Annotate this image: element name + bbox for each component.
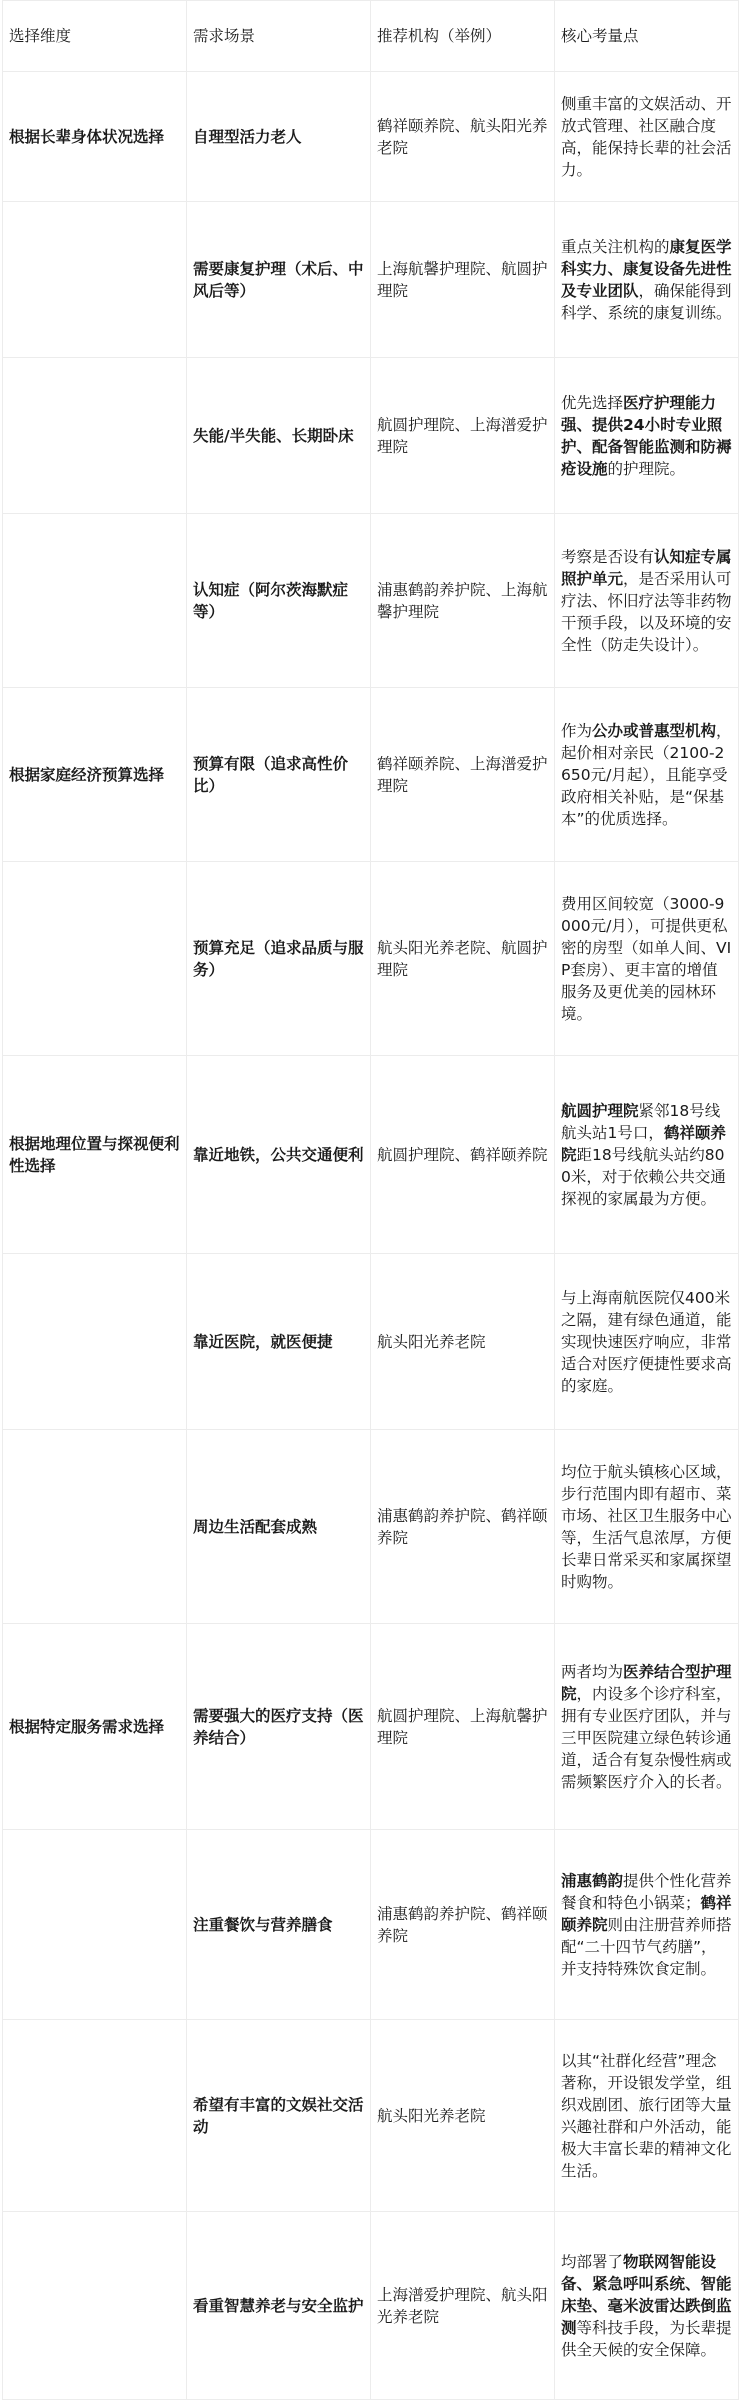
dimension-cell (3, 202, 187, 358)
institutions-cell: 浦惠鹤韵养护院、鹤祥颐养院 (371, 1430, 555, 1624)
note-text: 与上海南航医院仅400米之隔，建有绿色通道，能实现快速医疗响应，非常适合对医疗便… (561, 1289, 732, 1395)
institutions-cell: 浦惠鹤韵养护院、上海航馨护理院 (371, 514, 555, 688)
institutions-cell: 航头阳光养老院 (371, 1254, 555, 1430)
highlight-text: 公办或普惠型机构 (592, 722, 716, 740)
dimension-cell (3, 1254, 187, 1430)
considerations-cell: 浦惠鹤韵提供个性化营养餐食和特色小锅菜；鹤祥颐养院则由注册营养师搭配“二十四节气… (555, 1830, 739, 2020)
note-text: 优先选择 (561, 394, 623, 412)
dimension-cell (3, 1430, 187, 1624)
highlight-text: 航圆护理院 (561, 1102, 639, 1120)
scene-cell: 失能/半失能、长期卧床 (187, 358, 371, 514)
table-row: 失能/半失能、长期卧床航圆护理院、上海潽爱护理院优先选择医疗护理能力强、提供24… (3, 358, 739, 514)
dimension-cell: 根据家庭经济预算选择 (3, 688, 187, 862)
scene-cell: 注重餐饮与营养膳食 (187, 1830, 371, 2020)
scene-cell: 周边生活配套成熟 (187, 1430, 371, 1624)
considerations-cell: 考察是否设有认知症专属照护单元，是否采用认可疗法、怀旧疗法等非药物干预手段，以及… (555, 514, 739, 688)
institutions-cell: 航圆护理院、上海潽爱护理院 (371, 358, 555, 514)
note-text: 侧重丰富的文娱活动、开放式管理、社区融合度高，能保持长辈的社会活力。 (561, 95, 732, 179)
table-row: 根据家庭经济预算选择预算有限（追求高性价比）鹤祥颐养院、上海潽爱护理院作为公办或… (3, 688, 739, 862)
nursing-home-selection-table: 选择维度 需求场景 推荐机构（举例） 核心考量点 根据长辈身体状况选择自理型活力… (2, 0, 739, 2400)
highlight-text: 浦惠鹤韵 (561, 1872, 623, 1890)
scene-cell: 需要康复护理（术后、中风后等） (187, 202, 371, 358)
considerations-cell: 航圆护理院紧邻18号线航头站1号口，鹤祥颐养院距18号线航头站约800米，对于依… (555, 1056, 739, 1254)
dimension-cell: 根据地理位置与探视便利性选择 (3, 1056, 187, 1254)
header-considerations: 核心考量点 (555, 1, 739, 72)
note-text: ，内设多个诊疗科室，拥有专业医疗团队，并与三甲医院建立绿色转诊通道，适合有复杂慢… (561, 1685, 732, 1791)
dimension-cell: 根据长辈身体状况选择 (3, 72, 187, 202)
considerations-cell: 均部署了物联网智能设备、紧急呼叫系统、智能床垫、毫米波雷达跌倒监测等科技手段，为… (555, 2212, 739, 2400)
note-text: 均部署了 (561, 2253, 623, 2271)
institutions-cell: 上海潽爱护理院、航头阳光养老院 (371, 2212, 555, 2400)
scene-cell: 看重智慧养老与安全监护 (187, 2212, 371, 2400)
note-text: 距18号线航头站约800米，对于依赖公共交通探视的家属最为方便。 (561, 1146, 726, 1208)
note-text: 以其“社群化经营”理念著称，开设银发学堂，组织戏剧团、旅行团等大量兴趣社群和户外… (561, 2052, 732, 2180)
dimension-cell (3, 862, 187, 1056)
considerations-cell: 费用区间较宽（3000-9000元/月），可提供更私密的房型（如单人间、VIP套… (555, 862, 739, 1056)
note-text: 考察是否设有 (561, 548, 654, 566)
considerations-cell: 与上海南航医院仅400米之隔，建有绿色通道，能实现快速医疗响应，非常适合对医疗便… (555, 1254, 739, 1430)
header-scene: 需求场景 (187, 1, 371, 72)
dimension-cell (3, 2212, 187, 2400)
institutions-cell: 航头阳光养老院 (371, 2020, 555, 2212)
considerations-cell: 以其“社群化经营”理念著称，开设银发学堂，组织戏剧团、旅行团等大量兴趣社群和户外… (555, 2020, 739, 2212)
dimension-cell (3, 358, 187, 514)
note-text: 作为 (561, 722, 592, 740)
table-row: 看重智慧养老与安全监护上海潽爱护理院、航头阳光养老院均部署了物联网智能设备、紧急… (3, 2212, 739, 2400)
institutions-cell: 航头阳光养老院、航圆护理院 (371, 862, 555, 1056)
header-dimension: 选择维度 (3, 1, 187, 72)
table-row: 注重餐饮与营养膳食浦惠鹤韵养护院、鹤祥颐养院浦惠鹤韵提供个性化营养餐食和特色小锅… (3, 1830, 739, 2020)
institutions-cell: 鹤祥颐养院、航头阳光养老院 (371, 72, 555, 202)
dimension-cell (3, 2020, 187, 2212)
institutions-cell: 鹤祥颐养院、上海潽爱护理院 (371, 688, 555, 862)
table-row: 根据长辈身体状况选择自理型活力老人鹤祥颐养院、航头阳光养老院侧重丰富的文娱活动、… (3, 72, 739, 202)
dimension-cell (3, 514, 187, 688)
institutions-cell: 航圆护理院、鹤祥颐养院 (371, 1056, 555, 1254)
note-text: 重点关注机构的 (561, 238, 670, 256)
scene-cell: 认知症（阿尔茨海默症等） (187, 514, 371, 688)
note-text: 的护理院。 (608, 460, 686, 478)
considerations-cell: 优先选择医疗护理能力强、提供24小时专业照护、配备智能监测和防褥疮设施的护理院。 (555, 358, 739, 514)
scene-cell: 需要强大的医疗支持（医养结合） (187, 1624, 371, 1830)
considerations-cell: 作为公办或普惠型机构，起价相对亲民（2100-2650元/月起），且能享受政府相… (555, 688, 739, 862)
table-row: 需要康复护理（术后、中风后等）上海航馨护理院、航圆护理院重点关注机构的康复医学科… (3, 202, 739, 358)
table-row: 靠近医院，就医便捷航头阳光养老院与上海南航医院仅400米之隔，建有绿色通道，能实… (3, 1254, 739, 1430)
scene-cell: 预算有限（追求高性价比） (187, 688, 371, 862)
institutions-cell: 航圆护理院、上海航馨护理院 (371, 1624, 555, 1830)
scene-cell: 靠近医院，就医便捷 (187, 1254, 371, 1430)
table-row: 周边生活配套成熟浦惠鹤韵养护院、鹤祥颐养院均位于航头镇核心区域，步行范围内即有超… (3, 1430, 739, 1624)
institutions-cell: 浦惠鹤韵养护院、鹤祥颐养院 (371, 1830, 555, 2020)
table-row: 认知症（阿尔茨海默症等）浦惠鹤韵养护院、上海航馨护理院考察是否设有认知症专属照护… (3, 514, 739, 688)
note-text: 均位于航头镇核心区域，步行范围内即有超市、菜市场、社区卫生服务中心等，生活气息浓… (561, 1463, 732, 1591)
dimension-cell: 根据特定服务需求选择 (3, 1624, 187, 1830)
considerations-cell: 侧重丰富的文娱活动、开放式管理、社区融合度高，能保持长辈的社会活力。 (555, 72, 739, 202)
table-row: 预算充足（追求品质与服务）航头阳光养老院、航圆护理院费用区间较宽（3000-90… (3, 862, 739, 1056)
table-row: 希望有丰富的文娱社交活动航头阳光养老院以其“社群化经营”理念著称，开设银发学堂，… (3, 2020, 739, 2212)
note-text: 费用区间较宽（3000-9000元/月），可提供更私密的房型（如单人间、VIP套… (561, 895, 731, 1023)
table-row: 根据地理位置与探视便利性选择靠近地铁，公共交通便利航圆护理院、鹤祥颐养院航圆护理… (3, 1056, 739, 1254)
table-row: 根据特定服务需求选择需要强大的医疗支持（医养结合）航圆护理院、上海航馨护理院两者… (3, 1624, 739, 1830)
considerations-cell: 重点关注机构的康复医学科实力、康复设备先进性及专业团队，确保能得到科学、系统的康… (555, 202, 739, 358)
dimension-cell (3, 1830, 187, 2020)
scene-cell: 自理型活力老人 (187, 72, 371, 202)
header-institutions: 推荐机构（举例） (371, 1, 555, 72)
considerations-cell: 两者均为医养结合型护理院，内设多个诊疗科室，拥有专业医疗团队，并与三甲医院建立绿… (555, 1624, 739, 1830)
scene-cell: 预算充足（追求品质与服务） (187, 862, 371, 1056)
scene-cell: 靠近地铁，公共交通便利 (187, 1056, 371, 1254)
table-header-row: 选择维度 需求场景 推荐机构（举例） 核心考量点 (3, 1, 739, 72)
considerations-cell: 均位于航头镇核心区域，步行范围内即有超市、菜市场、社区卫生服务中心等，生活气息浓… (555, 1430, 739, 1624)
note-text: 两者均为 (561, 1663, 623, 1681)
scene-cell: 希望有丰富的文娱社交活动 (187, 2020, 371, 2212)
institutions-cell: 上海航馨护理院、航圆护理院 (371, 202, 555, 358)
note-text: 等科技手段，为长辈提供全天候的安全保障。 (561, 2319, 732, 2359)
